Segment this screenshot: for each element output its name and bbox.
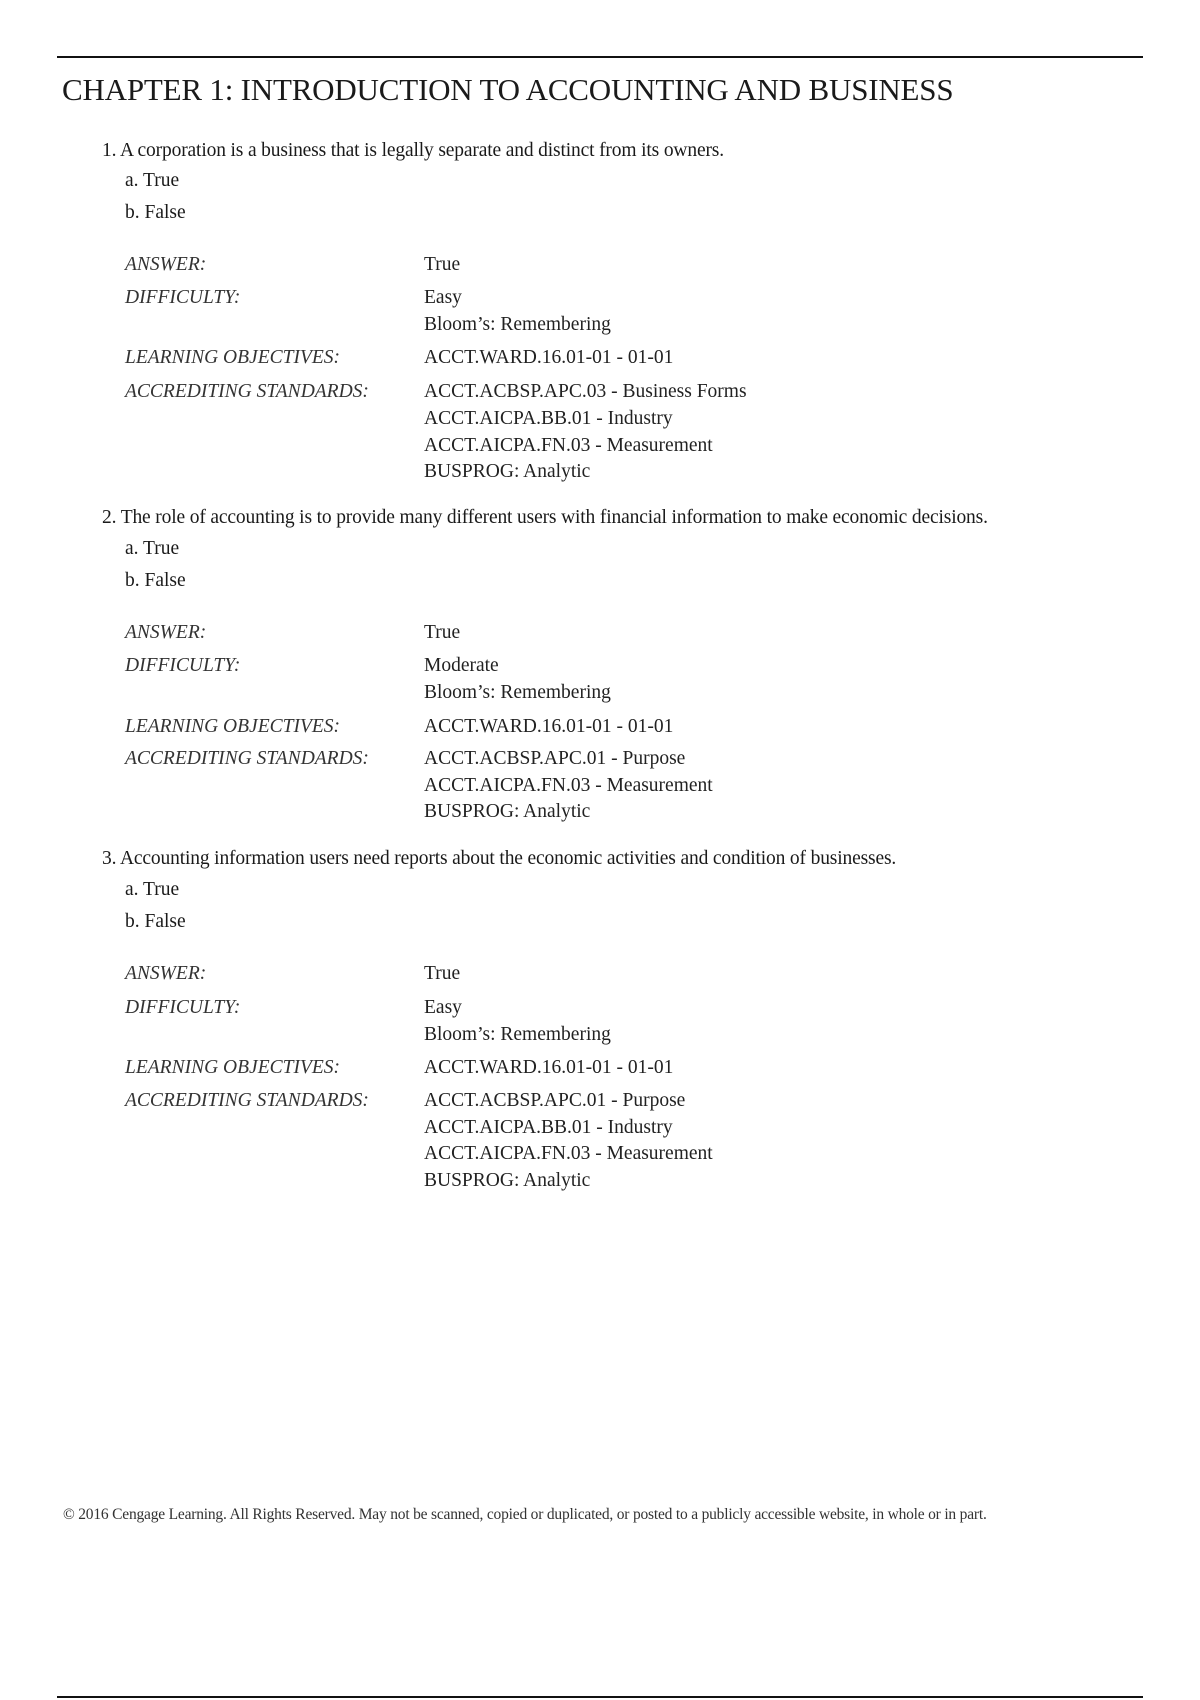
bloom-value: Bloom’s: Remembering xyxy=(424,1024,611,1046)
option-a: a. True xyxy=(125,879,179,901)
difficulty-value: Easy xyxy=(424,287,462,309)
answer-label: ANSWER: xyxy=(125,254,206,276)
difficulty-value: Moderate xyxy=(424,655,499,677)
standard-value: ACCT.ACBSP.APC.01 - Purpose xyxy=(424,748,685,770)
learning-objective-value: ACCT.WARD.16.01-01 - 01-01 xyxy=(424,716,673,738)
difficulty-value: Easy xyxy=(424,997,462,1019)
copyright-footer: © 2016 Cengage Learning. All Rights Rese… xyxy=(63,1506,987,1524)
learning-objectives-label: LEARNING OBJECTIVES: xyxy=(125,716,340,738)
answer-label: ANSWER: xyxy=(125,963,206,985)
question-stem: 2. The role of accounting is to provide … xyxy=(102,507,988,529)
learning-objectives-label: LEARNING OBJECTIVES: xyxy=(125,1057,340,1079)
standard-value: ACCT.ACBSP.APC.03 - Business Forms xyxy=(424,381,747,403)
difficulty-label: DIFFICULTY: xyxy=(125,287,240,309)
answer-label: ANSWER: xyxy=(125,622,206,644)
difficulty-label: DIFFICULTY: xyxy=(125,997,240,1019)
question-stem: 1. A corporation is a business that is l… xyxy=(102,140,724,162)
standard-value: ACCT.AICPA.FN.03 - Measurement xyxy=(424,435,713,457)
standard-value: ACCT.AICPA.FN.03 - Measurement xyxy=(424,775,713,797)
accrediting-standards-label: ACCREDITING STANDARDS: xyxy=(125,1090,369,1112)
option-b: b. False xyxy=(125,202,186,224)
standard-value: ACCT.AICPA.BB.01 - Industry xyxy=(424,1117,673,1139)
option-b: b. False xyxy=(125,911,186,933)
bloom-value: Bloom’s: Remembering xyxy=(424,682,611,704)
learning-objectives-label: LEARNING OBJECTIVES: xyxy=(125,347,340,369)
bloom-value: Bloom’s: Remembering xyxy=(424,314,611,336)
bottom-rule xyxy=(57,1696,1143,1698)
top-rule xyxy=(57,56,1143,58)
option-a: a. True xyxy=(125,170,179,192)
answer-value: True xyxy=(424,622,460,644)
standard-value: BUSPROG: Analytic xyxy=(424,461,590,483)
standard-value: BUSPROG: Analytic xyxy=(424,1170,590,1192)
standard-value: ACCT.ACBSP.APC.01 - Purpose xyxy=(424,1090,685,1112)
option-a: a. True xyxy=(125,538,179,560)
accrediting-standards-label: ACCREDITING STANDARDS: xyxy=(125,381,369,403)
chapter-title: CHAPTER 1: INTRODUCTION TO ACCOUNTING AN… xyxy=(62,72,953,108)
standard-value: ACCT.AICPA.BB.01 - Industry xyxy=(424,408,673,430)
question-stem: 3. Accounting information users need rep… xyxy=(102,848,896,870)
answer-value: True xyxy=(424,963,460,985)
standard-value: BUSPROG: Analytic xyxy=(424,801,590,823)
learning-objective-value: ACCT.WARD.16.01-01 - 01-01 xyxy=(424,1057,673,1079)
standard-value: ACCT.AICPA.FN.03 - Measurement xyxy=(424,1143,713,1165)
accrediting-standards-label: ACCREDITING STANDARDS: xyxy=(125,748,369,770)
option-b: b. False xyxy=(125,570,186,592)
learning-objective-value: ACCT.WARD.16.01-01 - 01-01 xyxy=(424,347,673,369)
difficulty-label: DIFFICULTY: xyxy=(125,655,240,677)
answer-value: True xyxy=(424,254,460,276)
